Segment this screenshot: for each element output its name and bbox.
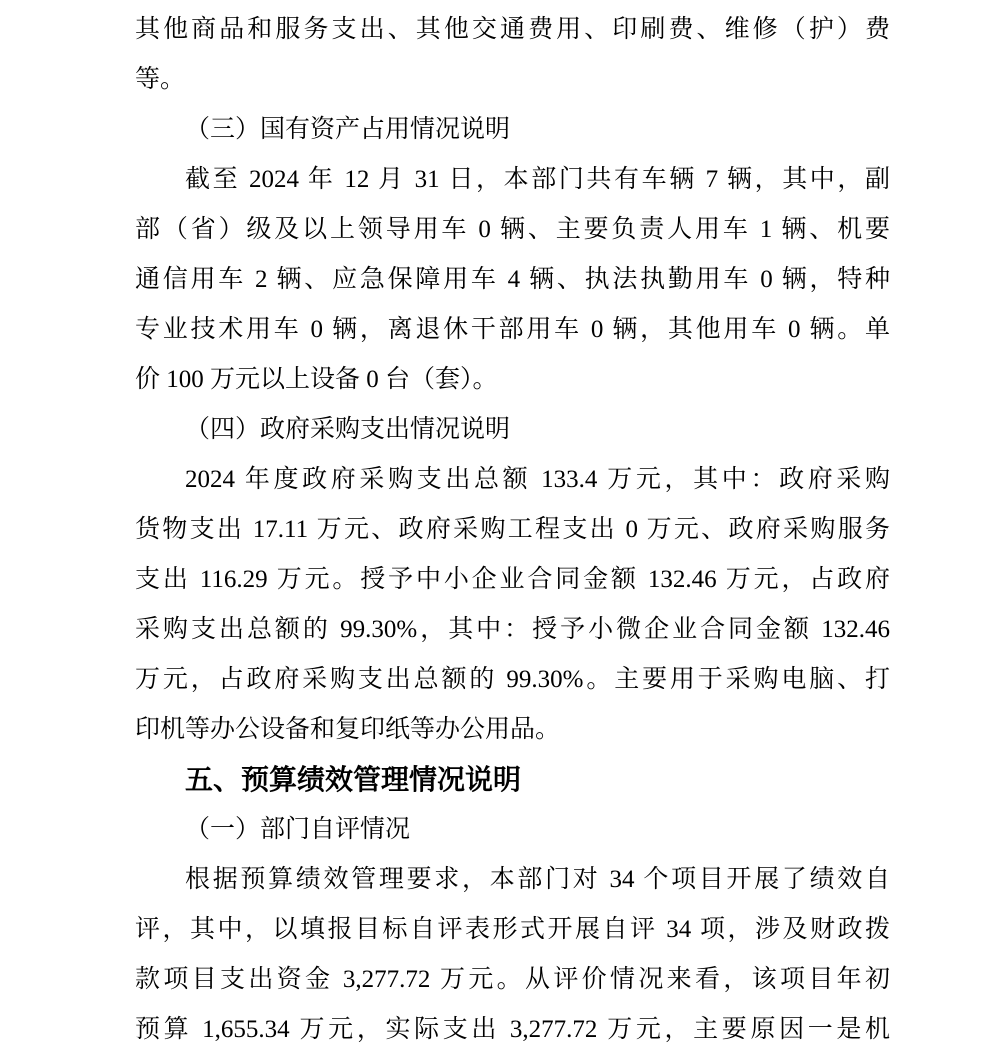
paragraph-procurement-line: 采购支出总额的 99.30%，其中：授予小微企业合同金额 132.46 [135,605,890,655]
section-heading-4-line: （四）政府采购支出情况说明 [135,405,890,455]
paragraph-procurement-line: 万元，占政府采购支出总额的 99.30%。主要用于采购电脑、打 [135,655,890,705]
paragraph-continuation-line: 其他商品和服务支出、其他交通费用、印刷费、维修（护）费 [135,5,890,55]
paragraph-state-assets-line: 专业技术用车 0 辆，离退休干部用车 0 辆，其他用车 0 辆。单 [135,305,890,355]
paragraph-procurement-line: 2024 年度政府采购支出总额 133.4 万元，其中：政府采购 [135,455,890,505]
section-heading-3-line: （三）国有资产占用情况说明 [135,105,890,155]
paragraph-state-assets-line: 部（省）级及以上领导用车 0 辆、主要负责人用车 1 辆、机要 [135,205,890,255]
section-heading-1-line: （一）部门自评情况 [135,805,890,855]
paragraph-self-evaluation-line: 评，其中，以填报目标自评表形式开展自评 34 项，涉及财政拨 [135,905,890,955]
paragraph-self-evaluation-line: 款项目支出资金 3,277.72 万元。从评价情况来看，该项目年初 [135,955,890,1005]
paragraph-self-evaluation-line: 根据预算绩效管理要求，本部门对 34 个项目开展了绩效自 [135,855,890,905]
paragraph-state-assets-line: 价 100 万元以上设备 0 台（套）。 [135,355,890,405]
document-body: 其他商品和服务支出、其他交通费用、印刷费、维修（护）费等。（三）国有资产占用情况… [135,5,890,1055]
paragraph-state-assets-line: 通信用车 2 辆、应急保障用车 4 辆、执法执勤用车 0 辆，特种 [135,255,890,305]
paragraph-procurement-line: 货物支出 17.11 万元、政府采购工程支出 0 万元、政府采购服务 [135,505,890,555]
document-page: 其他商品和服务支出、其他交通费用、印刷费、维修（护）费等。（三）国有资产占用情况… [0,0,1000,1056]
paragraph-continuation-line: 等。 [135,55,890,105]
paragraph-self-evaluation-line: 预算 1,655.34 万元，实际支出 3,277.72 万元，主要原因一是机 [135,1005,890,1055]
chapter-heading-5-line: 五、预算绩效管理情况说明 [135,755,890,805]
paragraph-state-assets-line: 截至 2024 年 12 月 31 日，本部门共有车辆 7 辆，其中，副 [135,155,890,205]
paragraph-procurement-line: 支出 116.29 万元。授予中小企业合同金额 132.46 万元，占政府 [135,555,890,605]
paragraph-procurement-line: 印机等办公设备和复印纸等办公用品。 [135,705,890,755]
